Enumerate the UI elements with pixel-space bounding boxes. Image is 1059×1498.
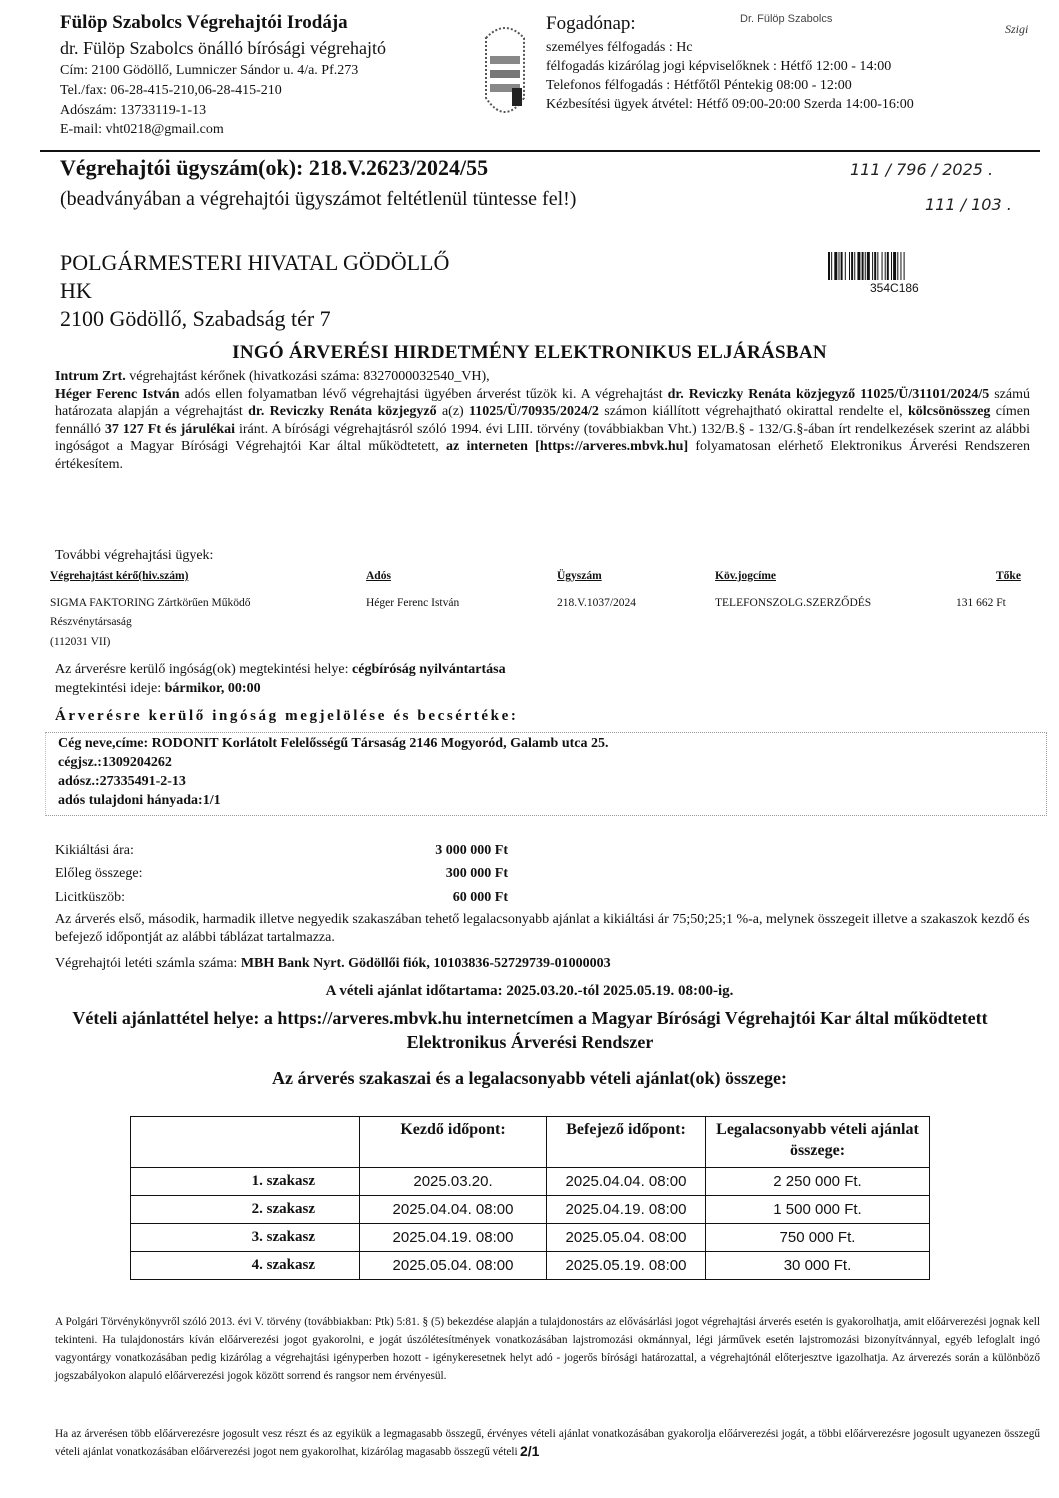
reception-line: személyes félfogadás : Hc — [546, 38, 914, 57]
other-cases-title: További végrehajtási ügyek: — [55, 548, 213, 564]
item-heading: Árverésre kerülő ingóság megjelölése és … — [55, 708, 518, 725]
item-ownership-share: adós tulajdoni hányada:1/1 — [58, 793, 221, 809]
intro-text: a(z) — [437, 404, 469, 419]
bid-duration: A vételi ajánlat időtartama: 2025.03.20.… — [0, 983, 1059, 1000]
column-header-creditor: Végrehajtást kérő(hiv.szám) — [50, 570, 188, 582]
stage-row: 4. szakasz2025.05.04. 08:002025.05.19. 0… — [131, 1252, 930, 1280]
stages-header-blank — [131, 1117, 360, 1168]
stages-header-start: Kezdő időpont: — [360, 1117, 547, 1168]
reception-line: Kézbesítési ügyek átvétel: Hétfő 09:00-2… — [546, 95, 914, 114]
notary-decision: dr. Reviczky Renáta közjegyző 11025/Ü/31… — [668, 387, 990, 402]
claim-type: kölcsönösszeg — [908, 404, 990, 419]
stages-header-end: Befejező időpont: — [547, 1117, 706, 1168]
item-company: Cég neve,címe: RODONIT Korlátolt Felelős… — [58, 736, 608, 752]
creditor-name: Intrum Zrt. — [55, 369, 126, 384]
viewing-place-value: cégbíróság nyilvántartása — [352, 662, 506, 677]
stage-row: 2. szakasz2025.04.04. 08:002025.04.19. 0… — [131, 1196, 930, 1224]
viewing-place: Az árverésre kerülő ingóság(ok) megtekin… — [55, 662, 506, 678]
intro-text: számon kiállított végrehajtható okiratta… — [599, 404, 908, 419]
addressee-address: 2100 Gödöllő, Szabadság tér 7 — [60, 306, 331, 332]
viewing-time: megtekintési ideje: bármikor, 00:00 — [55, 681, 261, 697]
handwritten-subnumber: 111 / 103 . — [925, 195, 1012, 214]
stage-row: 3. szakasz2025.04.19. 08:002025.05.04. 0… — [131, 1224, 930, 1252]
row-creditor-ref: (112031 VII) — [50, 636, 110, 648]
barcode-number: 354C186 — [870, 281, 919, 295]
stage-start: 2025.04.04. 08:00 — [360, 1196, 547, 1224]
stage-start: 2025.03.20. — [360, 1168, 547, 1196]
page-number: 2/1 — [520, 1443, 539, 1459]
stage-note: Az árverés első, második, harmadik illet… — [55, 911, 1045, 947]
row-creditor-line2: Részvénytársaság — [50, 616, 132, 628]
row-creditor: SIGMA FAKTORING Zártkörűen Működő — [50, 597, 251, 609]
stage-start: 2025.05.04. 08:00 — [360, 1252, 547, 1280]
reception-hours: Fogadónap: személyes félfogadás : Hc fél… — [546, 12, 914, 114]
notary-name: dr. Reviczky Renáta közjegyző — [248, 404, 437, 419]
auction-stages-table: Kezdő időpont: Befejező időpont: Legalac… — [130, 1116, 930, 1280]
viewing-place-label: Az árverésre kerülő ingóság(ok) megtekin… — [55, 662, 352, 677]
stage-min-bid: 1 500 000 Ft. — [706, 1196, 930, 1224]
viewing-time-value: bármikor, 00:00 — [165, 681, 261, 696]
legal-notice-multiple-bidders: Ha az árverésen több előárverezésre jogo… — [55, 1425, 1040, 1461]
stage-end: 2025.04.19. 08:00 — [547, 1196, 706, 1224]
stage-end: 2025.05.04. 08:00 — [547, 1224, 706, 1252]
row-claim-title: TELEFONSZOLG.SZERZŐDÉS — [715, 597, 871, 609]
officer-name: dr. Fülöp Szabolcs önálló bírósági végre… — [60, 38, 386, 59]
office-phone: Tel./fax: 06-28-415-210,06-28-415-210 — [60, 83, 282, 99]
addressee-name: POLGÁRMESTERI HIVATAL GÖDÖLLŐ — [60, 250, 449, 276]
claim-amount: 37 127 Ft és járulékai — [105, 422, 235, 437]
stage-min-bid: 750 000 Ft. — [706, 1224, 930, 1252]
deposit-value: 300 000 Ft — [330, 866, 508, 882]
intro-text: adós ellen folyamatban lévő végrehajtási… — [180, 387, 668, 402]
stage-end: 2025.04.04. 08:00 — [547, 1168, 706, 1196]
escrow-account: Végrehajtói letéti számla száma: MBH Ban… — [55, 956, 611, 972]
intro-text: végrehajtást kérőnek (hivatkozási száma:… — [126, 369, 490, 384]
case-number-note: (beadványában a végrehajtói ügyszámot fe… — [60, 188, 576, 211]
item-tax-number: adósz.:27335491-2-13 — [58, 774, 186, 790]
bid-increment-label: Licitküszöb: — [55, 890, 125, 906]
coat-of-arms-icon — [476, 18, 534, 128]
stage-min-bid: 30 000 Ft. — [706, 1252, 930, 1280]
bid-increment-value: 60 000 Ft — [330, 890, 508, 906]
legal-notice-preemption: A Polgári Törvénykönyvről szóló 2013. év… — [55, 1313, 1040, 1385]
row-case-number: 218.V.1037/2024 — [557, 597, 636, 609]
starting-price-value: 3 000 000 Ft — [330, 843, 508, 859]
document-title: INGÓ ÁRVERÉSI HIRDETMÉNY ELEKTRONIKUS EL… — [0, 342, 1059, 364]
reception-line: Telefonos félfogadás : Hétfőtől Péntekig… — [546, 76, 914, 95]
reception-title: Fogadónap: — [546, 12, 914, 36]
received-stamp: Dr. Fülöp Szabolcs — [740, 13, 832, 25]
handwritten-registry-number: 111 / 796 / 2025 . — [850, 160, 993, 179]
starting-price-label: Kikiáltási ára: — [55, 843, 134, 859]
column-header-principal: Tőke — [996, 570, 1021, 582]
office-name: Fülöp Szabolcs Végrehajtói Irodája — [60, 12, 348, 34]
escrow-account-label: Végrehajtói letéti számla száma: — [55, 956, 241, 971]
item-registration-number: cégjsz.:1309204262 — [58, 755, 172, 771]
intro-paragraph: Intrum Zrt. végrehajtást kérőnek (hivatk… — [55, 368, 1030, 473]
header-divider — [40, 150, 1040, 152]
enforcement-document-number: 11025/Ü/70935/2024/2 — [469, 404, 599, 419]
reception-line: félfogadás kizárólag jogi képviselőknek … — [546, 57, 914, 76]
stage-name: 2. szakasz — [131, 1196, 360, 1224]
case-number: Végrehajtói ügyszám(ok): 218.V.2623/2024… — [60, 155, 488, 181]
column-header-debtor: Adós — [366, 570, 391, 582]
escrow-account-value: MBH Bank Nyrt. Gödöllői fiók, 10103836-5… — [241, 956, 611, 971]
stage-start: 2025.04.19. 08:00 — [360, 1224, 547, 1252]
stage-row: 1. szakasz2025.03.20.2025.04.04. 08:002 … — [131, 1168, 930, 1196]
signature: Szigi — [1005, 22, 1028, 37]
office-email: E-mail: vht0218@gmail.com — [60, 122, 224, 138]
stage-min-bid: 2 250 000 Ft. — [706, 1168, 930, 1196]
stages-title: Az árverés szakaszai és a legalacsonyabb… — [0, 1068, 1059, 1089]
barcode-icon — [828, 252, 968, 280]
viewing-time-label: megtekintési ideje: — [55, 681, 165, 696]
row-principal: 131 662 Ft — [956, 597, 1006, 609]
stage-end: 2025.05.19. 08:00 — [547, 1252, 706, 1280]
column-header-case-number: Ügyszám — [557, 570, 602, 582]
row-debtor: Héger Ferenc István — [366, 597, 459, 609]
stages-header-row: Kezdő időpont: Befejező időpont: Legalac… — [131, 1117, 930, 1168]
stages-header-min-bid: Legalacsonyabb vételi ajánlat összege: — [706, 1117, 930, 1168]
stage-name: 3. szakasz — [131, 1224, 360, 1252]
office-tax-number: Adószám: 13733119-1-13 — [60, 103, 206, 119]
stage-name: 4. szakasz — [131, 1252, 360, 1280]
bid-place: Vételi ajánlattétel helye: a https://arv… — [40, 1006, 1020, 1054]
auction-url[interactable]: az interneten [https://arveres.mbvk.hu] — [446, 439, 688, 454]
office-address: Cím: 2100 Gödöllő, Lumniczer Sándor u. 4… — [60, 63, 358, 79]
debtor-name: Héger Ferenc István — [55, 387, 180, 402]
stage-name: 1. szakasz — [131, 1168, 360, 1196]
deposit-label: Előleg összege: — [55, 866, 142, 882]
column-header-claim-title: Köv.jogcíme — [715, 570, 776, 582]
addressee-dept: HK — [60, 278, 92, 304]
